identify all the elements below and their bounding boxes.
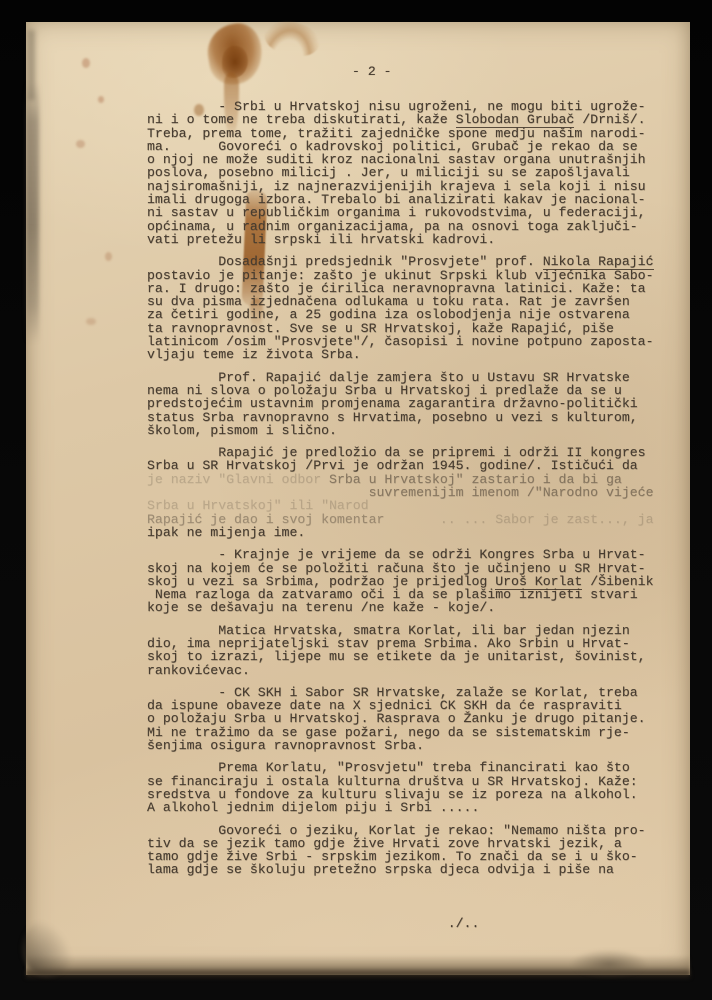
blank-line <box>147 903 687 916</box>
document-line: Mi ne tražimo da se gase požari, nego da… <box>147 726 687 739</box>
document-line: školom, pismom i slično. <box>147 424 687 437</box>
blank-line <box>147 890 687 903</box>
document-body: - Srbi u Hrvatskoj nisu ugroženi, ne mog… <box>147 100 687 930</box>
document-line: Dosadašnji predsjednik "Prosvjete" prof.… <box>147 255 687 268</box>
document-page: - 2 - - Srbi u Hrvatskoj nisu ugroženi, … <box>26 22 690 975</box>
text-segment: vljaju teme iz života Srba. <box>147 347 361 362</box>
document-line: Treba, prema tome, tražiti zajedničke sp… <box>147 127 687 140</box>
text-segment: šenjima osigura ravnopravnost Srba. <box>147 738 424 753</box>
document-line: ma. Govoreći o kadrovskoj politici, Grub… <box>147 140 687 153</box>
document-line: ta ravnopravnost. Sve se u SR Hrvatskoj,… <box>147 322 687 335</box>
document-line: predstojećim ustavnim promjenama zagaran… <box>147 397 687 410</box>
document-line: imali drugoga izbora. Trebalo bi analizi… <box>147 193 687 206</box>
document-line: - Srbi u Hrvatskoj nisu ugroženi, ne mog… <box>147 100 687 113</box>
document-line: Matica Hrvatska, smatra Korlat, ili bar … <box>147 624 687 637</box>
paper-speck <box>86 318 96 325</box>
document-line: - Krajnje je vrijeme da se održi Kongres… <box>147 548 687 561</box>
document-line: koje se dešavaju na terenu /ne kaže - ko… <box>147 601 687 614</box>
document-line: dio, ima neprijateljski stav prema Srbim… <box>147 637 687 650</box>
document-line: vljaju teme iz života Srba. <box>147 348 687 361</box>
document-line: poslova, posebno milicij . Jer, u milici… <box>147 166 687 179</box>
document-line: se financiraju i ostala kulturna društva… <box>147 775 687 788</box>
text-segment: A alkohol jednim dijelom piju i Srbi ...… <box>147 800 479 815</box>
text-segment: lama gdje se školuju pretežno srpska dje… <box>147 862 614 877</box>
document-line: šenjima osigura ravnopravnost Srba. <box>147 739 687 752</box>
paper-speck <box>105 252 112 261</box>
document-line: ni sastav u republičkim organima i rukov… <box>147 206 687 219</box>
ink-stain-main <box>204 20 267 88</box>
document-line: tiv da se jezik tamo gdje žive Hrvati zo… <box>147 837 687 850</box>
document-line: ipak ne mijenja ime. <box>147 526 687 539</box>
document-line: ni i o tome ne treba diskutirati, kaže S… <box>147 113 687 126</box>
scan-smudge-left <box>26 82 39 344</box>
document-line: Rapajić je dao i svoj komentar .. ... Sa… <box>147 513 687 526</box>
page-number: - 2 - <box>352 64 392 79</box>
document-line: Rapajić je predložio da se pripremi i od… <box>147 446 687 459</box>
document-line: Govoreći o jeziku, Korlat je rekao: "Nem… <box>147 824 687 837</box>
scan-smudge-left-top <box>28 30 35 100</box>
document-line: općinama, u radnim organizacijama, pa na… <box>147 220 687 233</box>
blank-line <box>147 877 687 890</box>
document-line: Srba u Hrvatskoj" ili "Narod <box>147 499 687 512</box>
text-segment: ./.. <box>147 916 479 931</box>
document-line: za četiri godine, a 25 godina iza oslobo… <box>147 308 687 321</box>
document-line: Srba u SR Hrvatskoj /Prvi je održan 1945… <box>147 459 687 472</box>
document-line: - CK SKH i Sabor SR Hrvatske, zalaže se … <box>147 686 687 699</box>
document-line: latinicom /osim "Prosvjete"/, časopisi i… <box>147 335 687 348</box>
document-line: skoj to izrazi, lijepe mu se etikete da … <box>147 650 687 663</box>
document-line: nema ni slova o položaju Srba u Hrvatsko… <box>147 384 687 397</box>
text-segment: vati pretežu li srpski ili hrvatski kadr… <box>147 232 495 247</box>
text-segment: Rapajić je dao i svoj komentar <box>147 512 384 527</box>
document-line: o položaju Srba u Hrvatskoj. Rasprava o … <box>147 712 687 725</box>
scan-smudge-corner-bottom-right <box>570 949 648 979</box>
text-segment: .. ... Sabor je zast..., ja <box>384 512 653 527</box>
document-line: ./.. <box>147 917 687 930</box>
text-segment: školom, pismom i slično. <box>147 423 337 438</box>
document-line: rankovićevac. <box>147 664 687 677</box>
document-line: su dva pisma izjednačena odlukama u toku… <box>147 295 687 308</box>
paper-speck <box>76 140 85 148</box>
document-line: tamo gdje žive Srbi - srpskim jezikom. T… <box>147 850 687 863</box>
document-line: skoj u vezi sa Srbima, podržao je prijed… <box>147 575 687 588</box>
document-line: lama gdje se školuju pretežno srpska dje… <box>147 863 687 876</box>
ink-stain-swirl <box>261 17 323 62</box>
document-line: Nema razloga da zatvaramo oči i da se pl… <box>147 588 687 601</box>
paper-speck <box>98 96 104 103</box>
document-line: Prema Korlatu, "Prosvjetu" treba financi… <box>147 761 687 774</box>
document-line: Prof. Rapajić dalje zamjera što u Ustavu… <box>147 371 687 384</box>
document-line: najsiromašniji, iz najnerazvijenijih kra… <box>147 180 687 193</box>
document-line: skoj na kojem će se položiti računa što … <box>147 562 687 575</box>
document-line: vati pretežu li srpski ili hrvatski kadr… <box>147 233 687 246</box>
document-line: status Srba ravnopravno s Hrvatima, pose… <box>147 411 687 424</box>
text-segment: koje se dešavaju na terenu /ne kaže - ko… <box>147 600 495 615</box>
document-line: A alkohol jednim dijelom piju i Srbi ...… <box>147 801 687 814</box>
text-segment: ipak ne mijenja ime. <box>147 525 305 540</box>
scanned-photo: - 2 - - Srbi u Hrvatskoj nisu ugroženi, … <box>0 0 712 1000</box>
document-line: sredstva u fondove za kulturu slivaju se… <box>147 788 687 801</box>
document-line: ra. I drugo: zašto je ćirilica neravnopr… <box>147 282 687 295</box>
document-line: o njoj ne može suditi kroz nacionalni sa… <box>147 153 687 166</box>
text-segment: rankovićevac. <box>147 663 250 678</box>
ink-stain-core <box>222 46 248 78</box>
paper-speck <box>82 58 90 68</box>
document-line: postavio je pitanje: zašto je ukinut Srp… <box>147 269 687 282</box>
scan-smudge-corner-bottom-left <box>22 919 74 977</box>
